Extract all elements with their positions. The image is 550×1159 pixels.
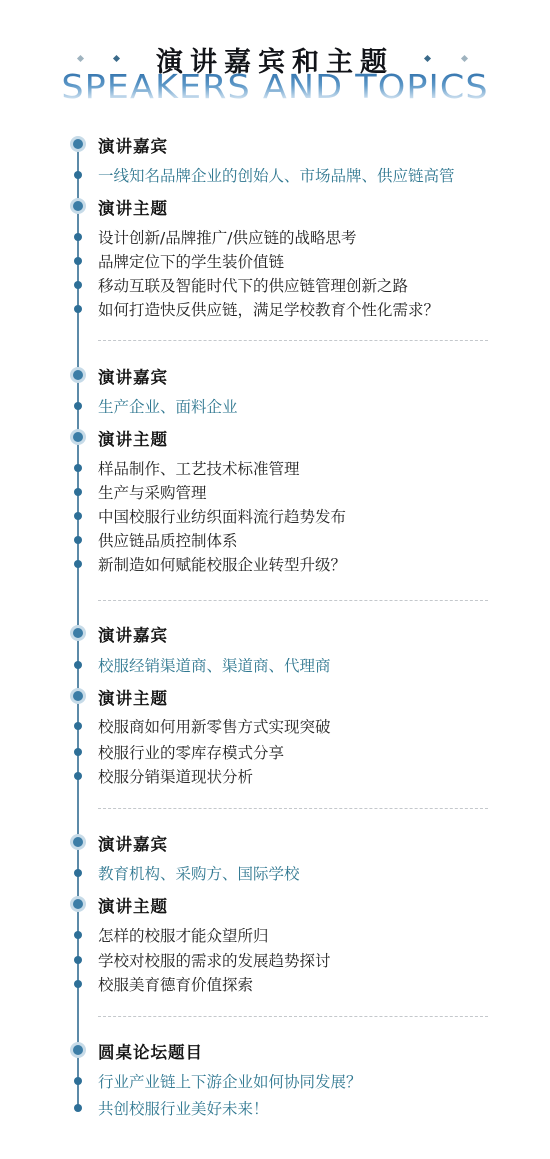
bullet-icon — [74, 560, 82, 568]
topic-item: 如何打造快反供应链，满足学校教育个性化需求？ — [98, 298, 439, 320]
forum-heading: 圆桌论坛题目 — [98, 1039, 203, 1063]
topic-item: 校服商如何用新零售方式实现突破 — [98, 715, 331, 737]
bullet-icon — [74, 772, 82, 780]
topic-heading: 演讲主题 — [98, 685, 168, 709]
speaker-list: 教育机构、采购方、国际学校 — [98, 862, 300, 884]
bullet-icon — [74, 1077, 82, 1085]
bullet-icon — [74, 980, 82, 988]
topic-item: 生产与采购管理 — [98, 481, 207, 503]
topic-item: 校服行业的零库存模式分享 — [98, 741, 284, 763]
timeline-node-icon — [73, 1045, 83, 1055]
topic-item: 新制造如何赋能校服企业转型升级？ — [98, 553, 346, 575]
topic-item: 校服美育德育价值探索 — [98, 973, 253, 995]
timeline-node-icon — [73, 139, 83, 149]
speaker-list: 生产企业、面料企业 — [98, 395, 238, 417]
topic-item: 中国校服行业纺织面料流行趋势发布 — [98, 505, 346, 527]
speaker-heading: 演讲嘉宾 — [98, 622, 168, 646]
bullet-icon — [74, 748, 82, 756]
speaker-heading: 演讲嘉宾 — [98, 364, 168, 388]
bullet-icon — [74, 402, 82, 410]
topic-item: 怎样的校服才能众望所归 — [98, 924, 269, 946]
topic-item: 供应链品质控制体系 — [98, 529, 238, 551]
bullet-icon — [74, 171, 82, 179]
page-subtitle: SPEAKERS AND TOPICS — [0, 70, 550, 104]
section-divider — [98, 808, 488, 809]
timeline-node-icon — [73, 691, 83, 701]
topic-item: 品牌定位下的学生装价值链 — [98, 250, 284, 272]
topic-heading: 演讲主题 — [98, 195, 168, 219]
header: 演讲嘉宾和主题 SPEAKERS AND TOPICS — [0, 0, 550, 110]
topic-item: 学校对校服的需求的发展趋势探讨 — [98, 949, 331, 971]
bullet-icon — [74, 869, 82, 877]
topic-item: 设计创新/品牌推广/供应链的战略思考 — [98, 226, 356, 248]
timeline-node-icon — [73, 628, 83, 638]
bullet-icon — [74, 931, 82, 939]
timeline-node-icon — [73, 432, 83, 442]
bullet-icon — [74, 661, 82, 669]
topic-heading: 演讲主题 — [98, 426, 168, 450]
topic-item: 移动互联及智能时代下的供应链管理创新之路 — [98, 274, 408, 296]
section-divider — [98, 1016, 488, 1017]
timeline-node-icon — [73, 899, 83, 909]
section-divider — [98, 600, 488, 601]
timeline-node-icon — [73, 370, 83, 380]
forum-item: 共创校服行业美好未来！ — [98, 1097, 269, 1119]
bullet-icon — [74, 233, 82, 241]
bullet-icon — [74, 281, 82, 289]
bullet-icon — [74, 722, 82, 730]
bullet-icon — [74, 512, 82, 520]
bullet-icon — [74, 1104, 82, 1112]
bullet-icon — [74, 464, 82, 472]
speaker-heading: 演讲嘉宾 — [98, 133, 168, 157]
topic-item: 校服分销渠道现状分析 — [98, 765, 253, 787]
topic-heading: 演讲主题 — [98, 893, 168, 917]
bullet-icon — [74, 536, 82, 544]
timeline-node-icon — [73, 201, 83, 211]
speaker-list: 校服经销渠道商、渠道商、代理商 — [98, 654, 331, 676]
speaker-heading: 演讲嘉宾 — [98, 831, 168, 855]
bullet-icon — [74, 305, 82, 313]
bullet-icon — [74, 956, 82, 964]
forum-item: 行业产业链上下游企业如何协同发展？ — [98, 1070, 362, 1092]
timeline-node-icon — [73, 837, 83, 847]
bullet-icon — [74, 257, 82, 265]
bullet-icon — [74, 488, 82, 496]
topic-item: 样品制作、工艺技术标准管理 — [98, 457, 300, 479]
section-divider — [98, 340, 488, 341]
speaker-list: 一线知名品牌企业的创始人、市场品牌、供应链高管 — [98, 164, 455, 186]
